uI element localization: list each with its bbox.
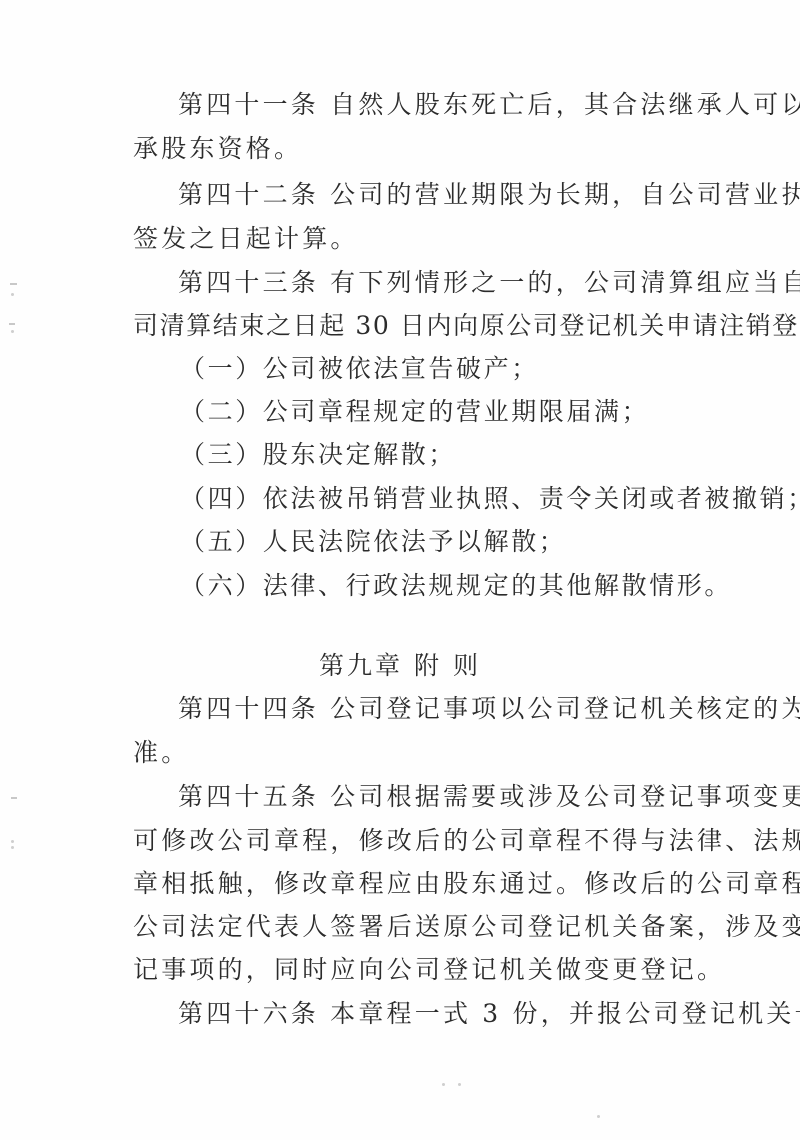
chapter-heading: 第九章 附 则: [0, 651, 800, 681]
article-45-line-4: 公司法定代表人签署后送原公司登记机关备案，涉及变更登: [133, 912, 708, 942]
article-43-item-4: （四）依法被吊销营业执照、责令关闭或者被撤销；: [180, 484, 755, 514]
article-44-line-1: 第四十四条 公司登记事项以公司登记机关核定的为: [178, 694, 753, 724]
article-45-line-5: 记事项的，同时应向公司登记机关做变更登记。: [133, 955, 708, 985]
article-41-line-2: 承股东资格。: [133, 134, 708, 164]
scan-mark: [11, 293, 14, 296]
article-43-item-6: （六）法律、行政法规规定的其他解散情形。: [180, 571, 755, 601]
scan-mark: [11, 797, 17, 799]
article-43-item-1: （一）公司被依法宣告破产；: [180, 354, 755, 384]
scan-mark: [11, 846, 14, 849]
article-43-line-2: 司清算结束之日起 30 日内向原公司登记机关申请注销登记：: [133, 311, 708, 341]
article-44-line-2: 准。: [133, 738, 708, 768]
scan-mark: [442, 1083, 445, 1086]
scan-mark: [11, 330, 14, 333]
scan-mark: [458, 1083, 461, 1086]
scan-mark: [11, 840, 14, 843]
article-45-line-2: 可修改公司章程，修改后的公司章程不得与法律、法规、规: [133, 826, 708, 856]
article-43-line-1: 第四十三条 有下列情形之一的，公司清算组应当自公: [178, 268, 753, 298]
article-45-line-1: 第四十五条 公司根据需要或涉及公司登记事项变更的: [178, 782, 753, 812]
article-42-line-2: 签发之日起计算。: [133, 224, 708, 254]
document-page: 第四十一条 自然人股东死亡后，其合法继承人可以继 承股东资格。 第四十二条 公司…: [0, 0, 800, 1140]
scan-mark: [597, 1115, 600, 1118]
scan-mark: [10, 283, 17, 285]
article-45-line-3: 章相抵触，修改章程应由股东通过。修改后的公司章程应由: [133, 869, 708, 899]
article-46-line-1: 第四十六条 本章程一式 3 份，并报公司登记机关一: [178, 999, 753, 1029]
article-42-line-1: 第四十二条 公司的营业期限为长期，自公司营业执照: [178, 180, 753, 210]
article-43-item-3: （三）股东决定解散；: [180, 440, 755, 470]
scan-mark: [9, 323, 15, 325]
article-41-line-1: 第四十一条 自然人股东死亡后，其合法继承人可以继: [178, 90, 753, 120]
article-43-item-5: （五）人民法院依法予以解散；: [180, 527, 755, 557]
article-43-item-2: （二）公司章程规定的营业期限届满；: [180, 397, 755, 427]
